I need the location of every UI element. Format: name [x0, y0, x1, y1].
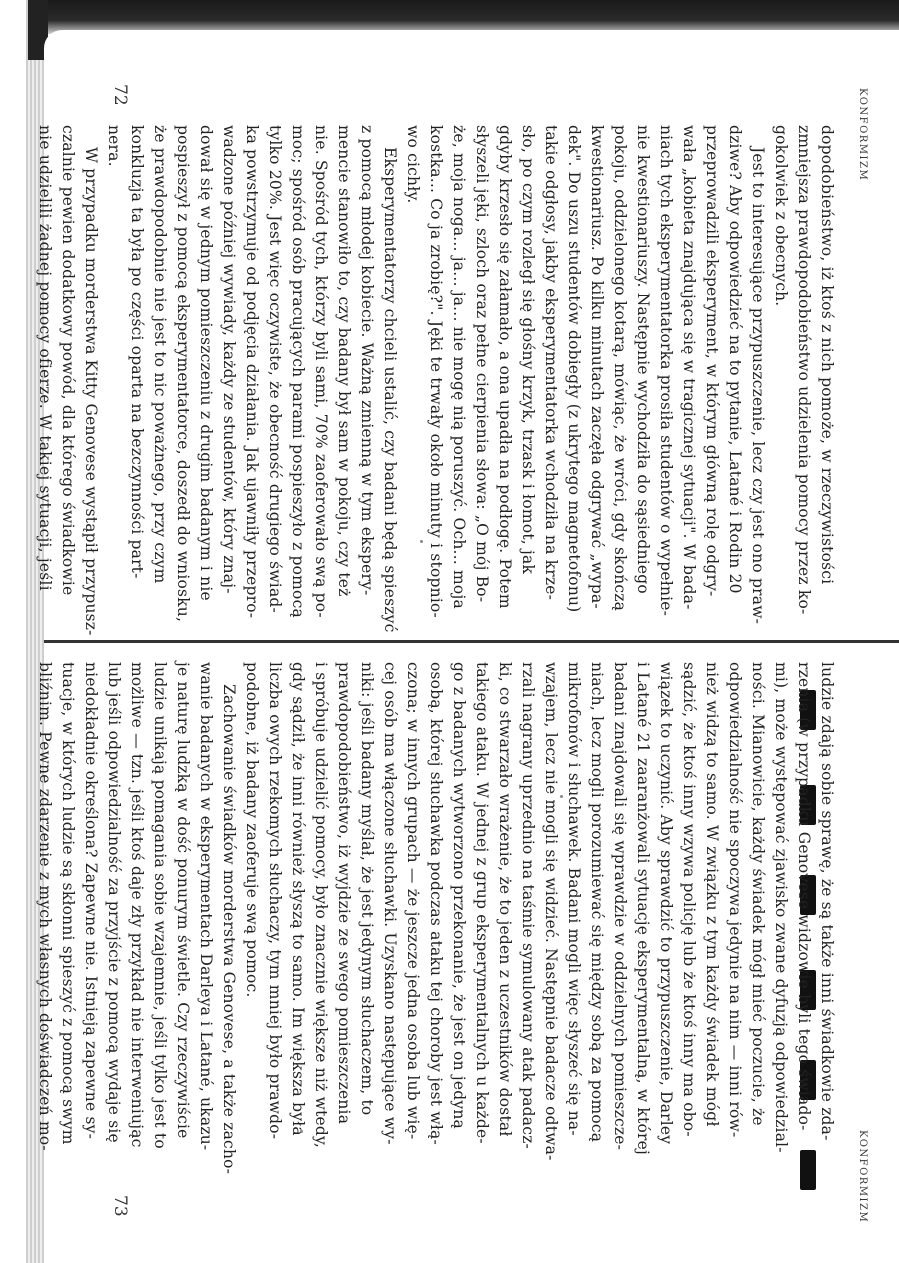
text-line: nie. Spośród tych, którzy byli sami, 70%… [309, 125, 332, 636]
text-line: z pomocą młodej kobiecie. Ważną zmienną … [355, 125, 378, 636]
text-line: pospieszył z pomocą eksperymentatorce, d… [171, 125, 194, 636]
text-line: go z badanych wytworzono przekonanie, że… [447, 662, 470, 1174]
text-line: pokoju, oddzielonego kotarą, mówiąc, że … [608, 125, 631, 636]
left-page-body: dopodobieństwo, iż ktoś z nich pomoże, w… [33, 125, 838, 636]
text-line: cej osób ma włączone słuchawki. Uzyskano… [378, 662, 401, 1174]
text-line: moc; spośród osób pracujących parami pos… [286, 125, 309, 636]
text-line: mencie stanowiło to, czy badany był sam … [332, 125, 355, 636]
text-line: tuacje, w których ludzie są skłonni spie… [56, 662, 79, 1174]
text-line: niach tych eksperymentatorka prosiła stu… [654, 125, 677, 636]
text-line: kwestionariusz. Po kilku minutach zaczęł… [585, 125, 608, 636]
text-line: podobne, iż badany zaoferuje swą pomoc. [240, 662, 263, 1174]
text-line: rzali nagrany uprzednio na taśmie symulo… [516, 662, 539, 1174]
text-line: niki: jeśli badany myślał, że jest jedyn… [355, 662, 378, 1174]
scan-speck [420, 540, 423, 543]
left-running-header: KONFORMIZM [857, 88, 868, 181]
text-line: takie odgłosy, jakby eksperymentatorka w… [539, 125, 562, 636]
text-line: dziwe? Aby odpowiedzieć na to pytanie, L… [723, 125, 746, 636]
text-line: zmniejsza prawdopodobieństwo udzielenia … [792, 125, 815, 636]
text-line: gdyby krzesło się załamało, a ona upadła… [493, 125, 516, 636]
text-line: niedokładnie określona? Zapewne nie. Ist… [79, 662, 102, 1174]
text-line: kostka... Co ja zrobię?". Jęki te trwały… [424, 125, 447, 636]
text-line: rzenia (w przypadku Genovese widzowie by… [792, 662, 815, 1174]
text-line: konkluzja ta była po części oparta na be… [125, 125, 148, 636]
text-line: ności. Mianowicie, każdy świadek mógł mi… [746, 662, 769, 1174]
text-line: nie kwestionariuszy. Następnie wychodził… [631, 125, 654, 636]
text-line: Zachowanie świadków morderstwa Genovese,… [217, 662, 240, 1174]
text-line: ka powstrzymuje od podjęcia działania. J… [240, 125, 263, 636]
text-line: wiązek to uczynić. Aby sprawdzić to przy… [654, 662, 677, 1174]
text-line: dopodobieństwo, iż ktoś z nich pomoże, w… [815, 125, 838, 636]
right-page-number: 73 [110, 1195, 130, 1217]
scan-top-edge [40, 0, 899, 34]
text-line: że prawdopodobnie nie jest to nic poważn… [148, 125, 171, 636]
text-line: niach, lecz mogli porozumiewać się międz… [585, 662, 608, 1174]
text-line: Jest to interesujące przypuszczenie, lec… [746, 125, 769, 636]
text-line: tylko 20%. Jest więc oczywiste, że obecn… [263, 125, 286, 636]
text-line: liczba owych rzekomych słuchaczy, tym mn… [263, 662, 286, 1174]
text-line: gdy sądził, że inni również słyszą to sa… [286, 662, 309, 1174]
text-line: lub jeśli odpowiedzialność za przyjście … [102, 662, 125, 1174]
text-line: nie udzielili żadnej pomocy ofierze. W t… [33, 125, 56, 636]
text-line: wo cichły. [401, 125, 424, 636]
text-line: dek". Do uszu studentów dobiegły (z ukry… [562, 125, 585, 636]
right-running-header: KONFORMIZM [857, 1130, 868, 1223]
text-line: wanie badanych w eksperymentach Darleya … [194, 662, 217, 1174]
right-page-body: ludzie zdają sobie sprawę, że są także i… [33, 662, 838, 1174]
text-line: wała „kobieta znajdująca się w tragiczne… [677, 125, 700, 636]
text-line: możliwe — tzn. jeśli ktoś daje zły przyk… [125, 662, 148, 1174]
text-line: mikrofonów i słuchawek. Badani mogli wię… [562, 662, 585, 1174]
text-line: i Latané 21 zaaranżowali sytuację eksper… [631, 662, 654, 1174]
text-line: ludzie unikają pomagania sobie wzajemnie… [148, 662, 171, 1174]
scan-speck [300, 1130, 303, 1133]
left-page-number: 72 [110, 84, 130, 106]
text-line: i spróbuje udzielić pomocy, było znaczni… [309, 662, 332, 1174]
text-line: czona; w innych grupach — że jeszcze jed… [401, 662, 424, 1174]
text-line: sądzić, że ktoś inny wzywa policję lub ż… [677, 662, 700, 1174]
text-line: bliźnim. Pewne zdarzenie z mych własnych… [33, 662, 56, 1174]
text-line: prawdopodobieństwo, iż wyjdzie ze swego … [332, 662, 355, 1174]
text-line: odpowiedzialność nie spoczywa jedynie na… [723, 662, 746, 1174]
text-line: wadzone później wywiady, każdy ze studen… [217, 125, 240, 636]
text-line: mi), może występować zjawisko zwane dyfu… [769, 662, 792, 1174]
text-line: W przypadku morderstwa Kitty Genovese wy… [79, 125, 102, 636]
text-line: nież widzą to samo. W związku z tym każd… [700, 662, 723, 1174]
text-line: że, moja noga... ja... ja... nie mogę ni… [447, 125, 470, 636]
text-line: nera. [102, 125, 125, 636]
text-line: badani znajdowali się wprawdzie w oddzie… [608, 662, 631, 1174]
text-line: je naturę ludzką w dość ponurym świetle.… [171, 662, 194, 1174]
scan-speck [560, 795, 563, 798]
text-line: dował się w jednym pomieszczeniu z drugi… [194, 125, 217, 636]
text-line: czalnie pewien dodatkowy powód, dla któr… [56, 125, 79, 636]
text-line: gokolwiek z obecnych. [769, 125, 792, 636]
text-line: ki, co stwarzało wrażenie, że to jeden z… [493, 662, 516, 1174]
text-line: wzajem, lecz nie mogli się widzieć. Nast… [539, 662, 562, 1174]
text-line: takiego ataku. W jednej z grup eksperyme… [470, 662, 493, 1174]
text-line: słyszeli jęki, szloch oraz pełne cierpie… [470, 125, 493, 636]
page-gutter-divider [44, 640, 899, 643]
text-line: Eksperymentatorzy chcieli ustalić, czy b… [378, 125, 401, 636]
text-line: przeprowadzili eksperyment, w którym głó… [700, 125, 723, 636]
text-line: ludzie zdają sobie sprawę, że są także i… [815, 662, 838, 1174]
text-line: sło, po czym rozległ się głośny krzyk, t… [516, 125, 539, 636]
text-line: osobą, której słuchawka podczas ataku te… [424, 662, 447, 1174]
